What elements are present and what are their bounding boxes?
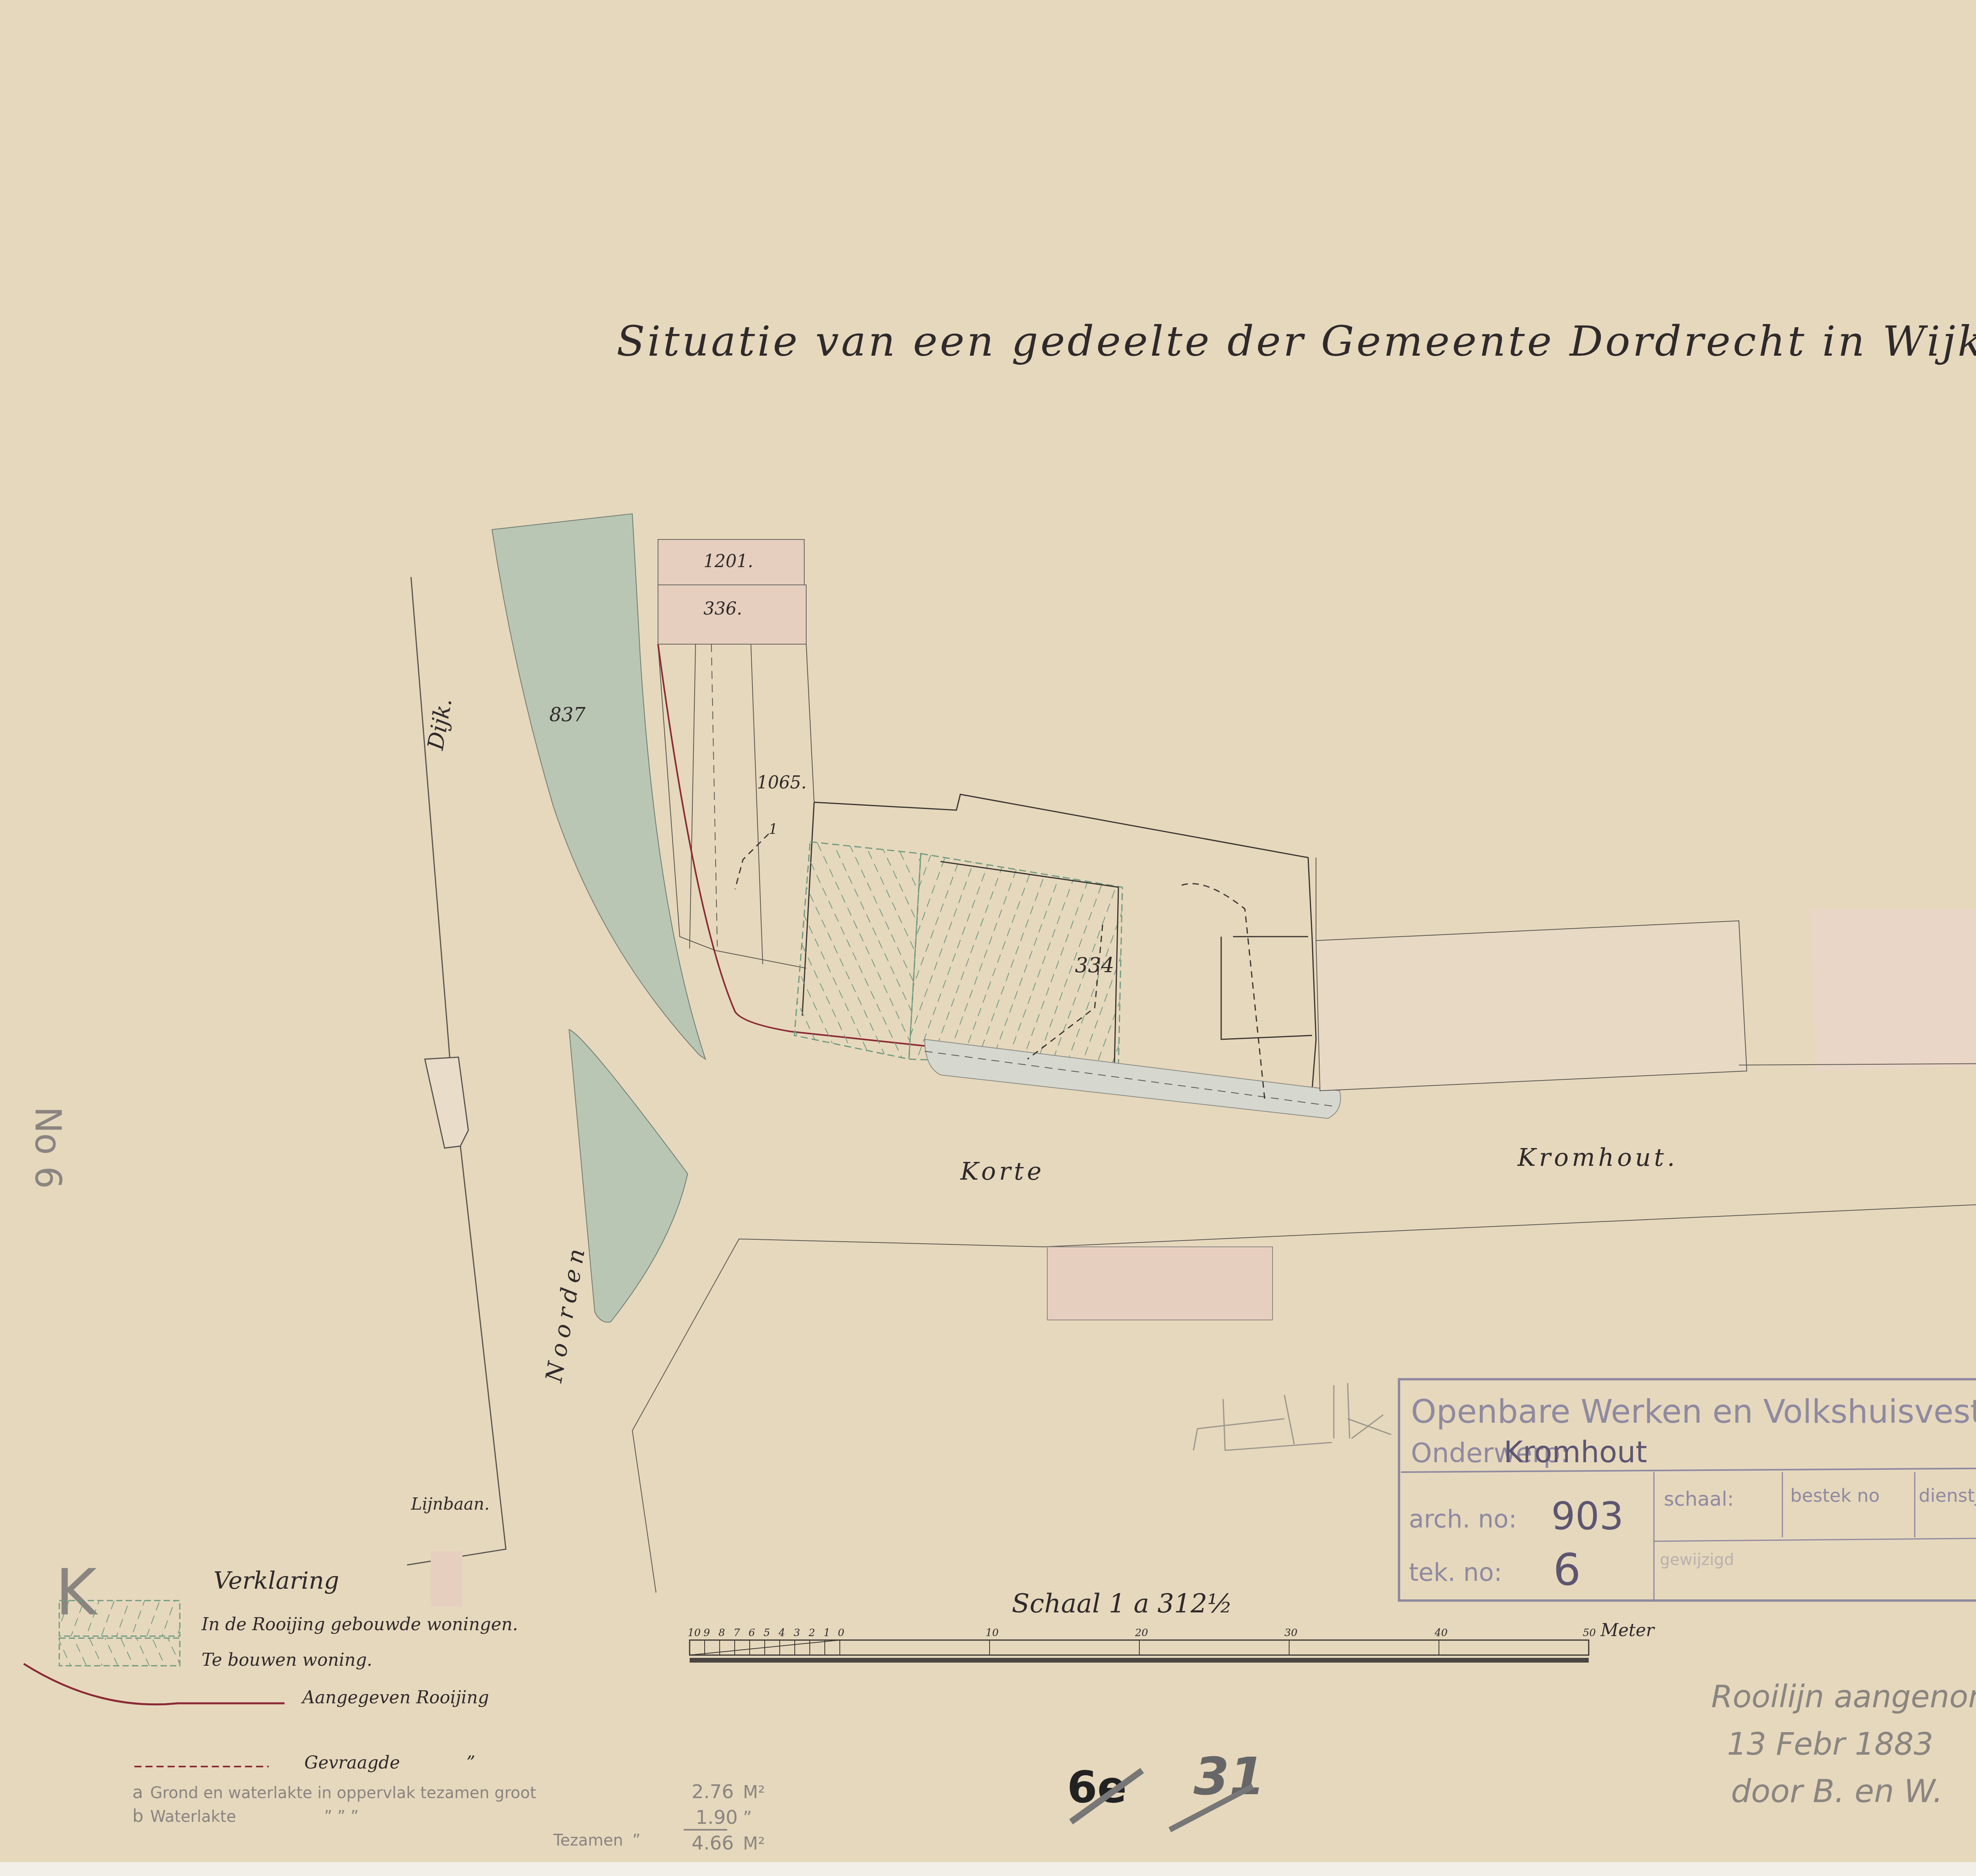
area-total-unit: M²	[743, 1834, 765, 1854]
scale-tick-30: 30	[1284, 1627, 1297, 1639]
stamp-arch-label: arch. no:	[1409, 1505, 1517, 1533]
legend-ditto: ”	[466, 1753, 475, 1773]
parcel-1201-label: 1201.	[703, 551, 753, 571]
street-kromhout-label: Kromhout.	[1517, 1143, 1678, 1172]
stamp-tek-label: tek. no:	[1409, 1558, 1502, 1587]
parcels-north: 1201. 1065. 336.	[658, 539, 806, 644]
map-title: Situatie van een gedeelte der Gemeente D…	[617, 317, 1976, 366]
scale-tick-left-1: 1	[824, 1627, 830, 1639]
pencil-note-line2: 13 Febr 1883	[1727, 1727, 1933, 1762]
stamp-col-bestek: bestek no	[1790, 1485, 1880, 1506]
parcel-837-label: 837	[549, 704, 586, 726]
legend-label-built: In de Rooijing gebouwde woningen.	[201, 1614, 518, 1635]
scale-tick-left-6: 6	[749, 1627, 755, 1639]
parcel-1065: 1065.	[658, 644, 814, 968]
stamp-tek-value: 6	[1553, 1544, 1581, 1595]
area-b-value: 1.90	[696, 1806, 738, 1829]
street-dijk-label: Dijk.	[423, 696, 457, 752]
area-total-value: 4.66	[692, 1832, 734, 1854]
area-b-unit: ”	[743, 1808, 752, 1828]
scale-unit: Meter	[1600, 1620, 1655, 1640]
scale-tick-left-4: 4	[778, 1627, 785, 1639]
stamp-col-dienstjaar: dienstjaar	[1919, 1485, 1976, 1506]
scale-tick-40: 40	[1434, 1627, 1448, 1639]
scale-tick-10: 10	[986, 1627, 999, 1639]
area-a-label: Grond en waterlakte in oppervlak tezamen…	[150, 1784, 536, 1802]
marker-1-label: 1	[769, 821, 778, 837]
scale-tick-20: 20	[1135, 1627, 1148, 1639]
cadastral-map: Situatie van een gedeelte der Gemeente D…	[0, 0, 1976, 1876]
pencil-sketch	[1194, 1383, 1391, 1450]
street-strip	[925, 1039, 1341, 1118]
scale-tick-left-0: 0	[838, 1627, 845, 1639]
area-b-key: b	[132, 1806, 143, 1826]
hatch-built-west	[794, 842, 921, 1059]
legend-label-tobuild: Te bouwen woning.	[202, 1650, 372, 1670]
stamp-col-schaal: schaal:	[1664, 1488, 1734, 1510]
scale-tick-left-9: 9	[703, 1627, 710, 1639]
parcel-1065-label: 1065.	[757, 773, 807, 793]
parcel-334-label: 334	[1075, 954, 1114, 977]
scale-title: Schaal 1 a 312½	[1012, 1588, 1233, 1619]
scale-tick-left-8: 8	[718, 1627, 725, 1639]
area-b-ditto: ” ” ”	[324, 1808, 359, 1826]
water-island	[569, 1029, 688, 1322]
street-lijnbaan-label: Lijnbaan.	[411, 1494, 490, 1514]
left-margin-number: No 6	[27, 1107, 68, 1189]
dashed-arrow-1	[735, 834, 769, 889]
legend-label-aangegeven: Aangegeven Rooijing	[301, 1687, 489, 1708]
scale-tick-50: 50	[1583, 1627, 1596, 1639]
pencil-note-line1: Rooilijn aangenomen	[1711, 1679, 1976, 1715]
stamp-arch-value: 903	[1551, 1494, 1623, 1539]
scale-tick-left-5: 5	[764, 1627, 770, 1639]
scale-tick-left-10: 10	[688, 1627, 701, 1639]
area-a-key: a	[132, 1782, 143, 1802]
area-total-ditto: ”	[632, 1831, 641, 1850]
scale-tick-left-3: 3	[794, 1627, 800, 1639]
street-noorden-label: Noorden	[540, 1241, 591, 1385]
dashed-arrow-2	[1182, 884, 1265, 1099]
archive-stamp: Openbare Werken en Volkshuisvesting Dord…	[1399, 1379, 1976, 1601]
dijk-road	[407, 577, 506, 1565]
pencil-note-line3: door B. en W.	[1731, 1773, 1943, 1810]
street-korte-label: Korte	[960, 1157, 1045, 1186]
legend-swatch-built	[59, 1601, 180, 1636]
parcel-336-label: 336.	[703, 599, 742, 619]
stamp-gewijzigd: gewijzigd	[1660, 1551, 1734, 1569]
scale-tick-left-7: 7	[733, 1627, 740, 1639]
legend-label-gevraagde: Gevraagde	[304, 1753, 400, 1773]
scale-tick-left-2: 2	[808, 1627, 815, 1639]
stamp-subject-value: Kromhout	[1504, 1435, 1647, 1469]
pencil-note: Rooilijn aangenomen 13 Febr 1883 door B.…	[1711, 1679, 1976, 1810]
legend: Verklaring In de Rooijing gebouwde wonin…	[24, 1567, 765, 1854]
legend-swatch-tobuild	[59, 1638, 180, 1666]
stamp-header: Openbare Werken en Volkshuisvesting Dord…	[1411, 1393, 1976, 1431]
legend-title: Verklaring	[213, 1567, 339, 1595]
east-parcels	[1316, 858, 1976, 1091]
area-a-value: 2.76	[692, 1781, 734, 1803]
area-total-label: Tezamen	[553, 1831, 623, 1850]
area-a-unit: M²	[743, 1782, 765, 1802]
area-b-label: Waterlakte	[150, 1808, 236, 1826]
south-block	[632, 1190, 1976, 1593]
lijnbaan-parcel	[431, 1551, 462, 1606]
